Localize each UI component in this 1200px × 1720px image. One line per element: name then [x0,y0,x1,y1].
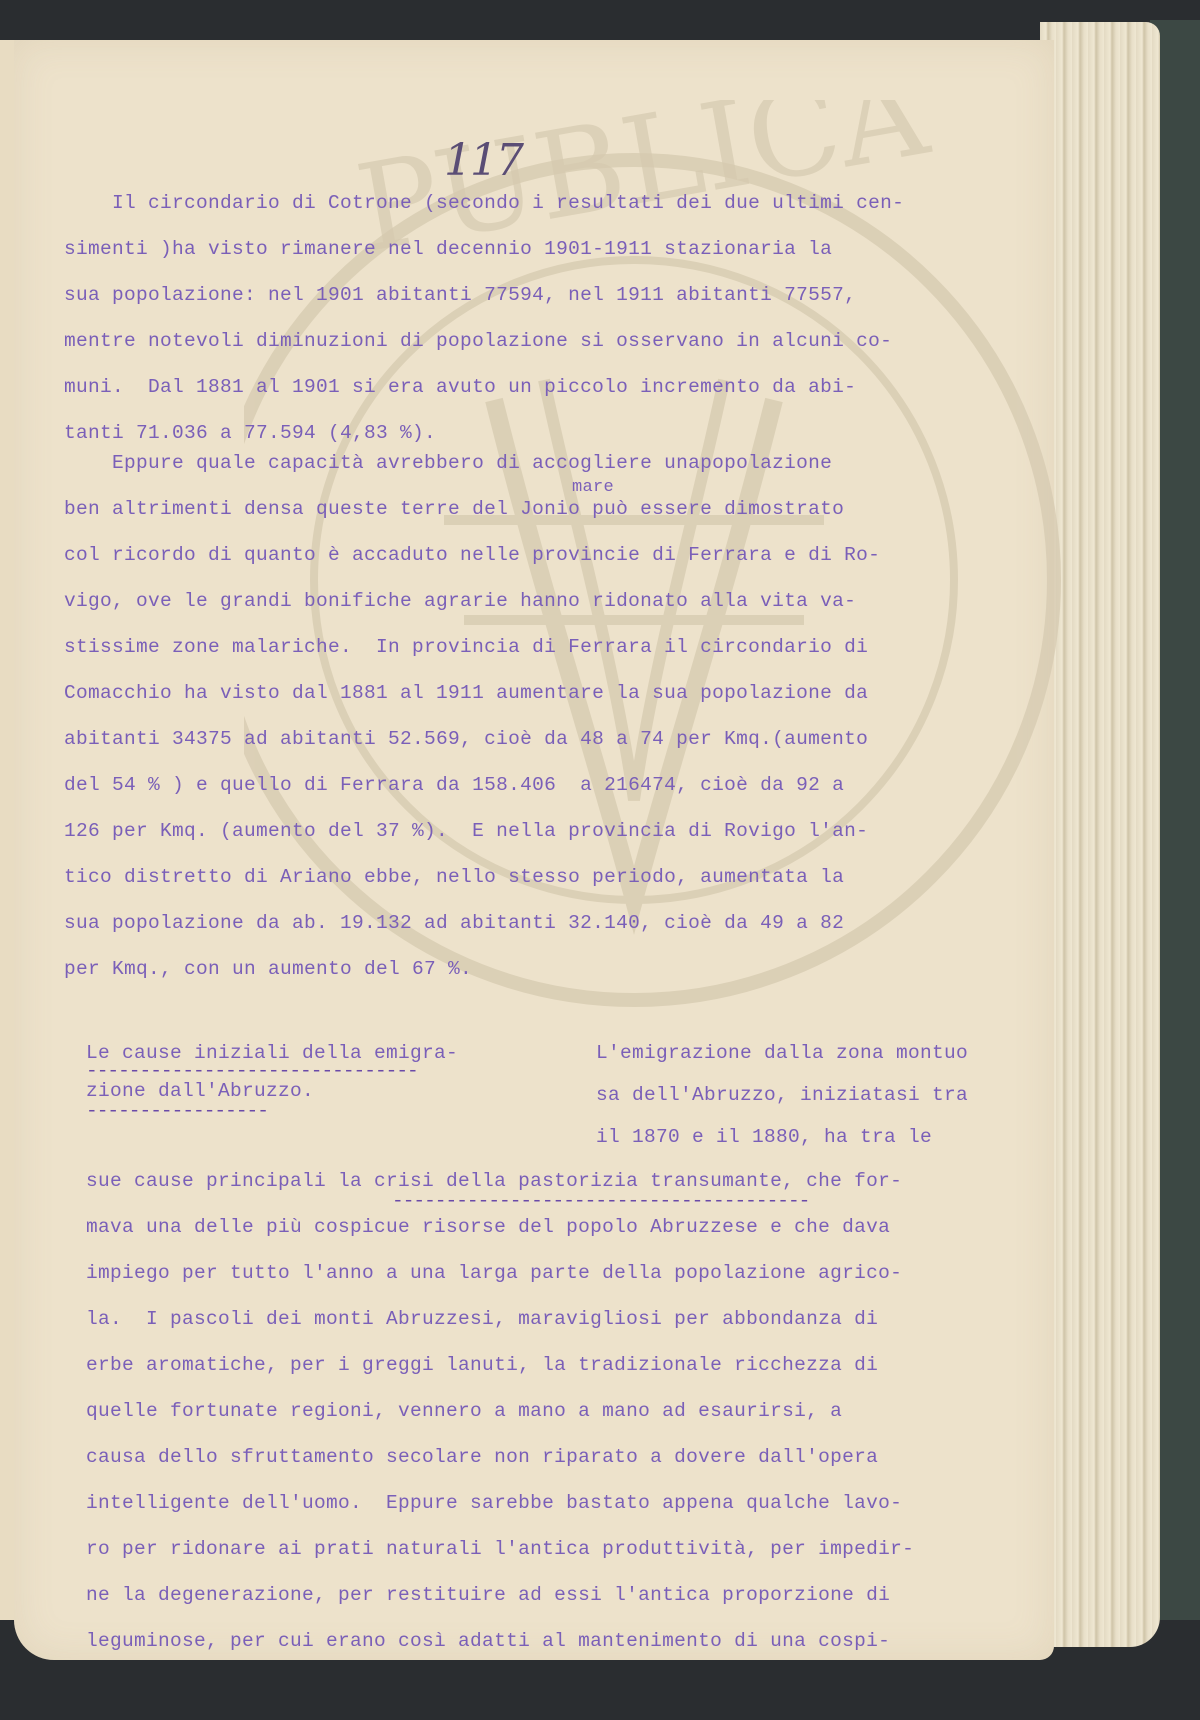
text-line: tico distretto di Ariano ebbe, nello ste… [64,866,1164,888]
text-line: sua popolazione da ab. 19.132 ad abitant… [64,912,1164,934]
text-line: ro per ridonare ai prati naturali l'anti… [86,1538,1186,1560]
text-line: 126 per Kmq. (aumento del 37 %). E nella… [64,820,1164,842]
text-line: sue cause principali la crisi della past… [86,1170,1186,1192]
text-line: L'emigrazione dalla zona montuo [596,1042,1200,1064]
text-line: la. I pascoli dei monti Abruzzesi, marav… [86,1308,1186,1330]
text-line: leguminose, per cui erano così adatti al… [86,1630,1186,1652]
interlinear-insertion: mare [572,478,1200,497]
text-line: il 1870 e il 1880, ha tra le [596,1126,1200,1148]
text-line: del 54 % ) e quello di Ferrara da 158.40… [64,774,1164,796]
text-line: sa dell'Abruzzo, iniziatasi tra [596,1084,1200,1106]
text-line: impiego per tutto l'anno a una larga par… [86,1262,1186,1284]
text-line: abitanti 34375 ad abitanti 52.569, cioè … [64,728,1164,750]
text-line: ne la degenerazione, per restituire ad e… [86,1584,1186,1606]
text-line: vigo, ove le grandi bonifiche agrarie ha… [64,590,1164,612]
text-line: Il circondario di Cotrone (secondo i res… [64,192,1164,214]
text-line: Eppure quale capacità avrebbero di accog… [64,452,1164,474]
text-line: mentre notevoli diminuzioni di popolazio… [64,330,1164,352]
text-line: tanti 71.036 a 77.594 (4,83 %). [64,422,1164,444]
document-page: PUBLICA 117 Il circondario di Cotrone (s… [14,40,1054,1660]
text-line: stissime zone malariche. In provincia di… [64,636,1164,658]
text-line: sua popolazione: nel 1901 abitanti 77594… [64,284,1164,306]
text-line: intelligente dell'uomo. Eppure sarebbe b… [86,1492,1186,1514]
text-line: erbe aromatiche, per i greggi lanuti, la… [86,1354,1186,1376]
folio-number: 117 [444,135,522,186]
text-line: per Kmq., con un aumento del 67 %. [64,958,1164,980]
text-line: causa dello sfruttamento secolare non ri… [86,1446,1186,1468]
text-line: mava una delle più cospicue risorse del … [86,1216,1186,1238]
text-line: muni. Dal 1881 al 1901 si era avuto un p… [64,376,1164,398]
text-line: col ricordo di quanto è accaduto nelle p… [64,544,1164,566]
text-line: quelle fortunate regioni, vennero a mano… [86,1400,1186,1422]
text-line: Comacchio ha visto dal 1881 al 1911 aume… [64,682,1164,704]
text-line: simenti )ha visto rimanere nel decennio … [64,238,1164,260]
body-underline: --------------------------------------- [392,1190,1200,1212]
text-line: ben altrimenti densa queste terre del Jo… [64,498,1164,520]
